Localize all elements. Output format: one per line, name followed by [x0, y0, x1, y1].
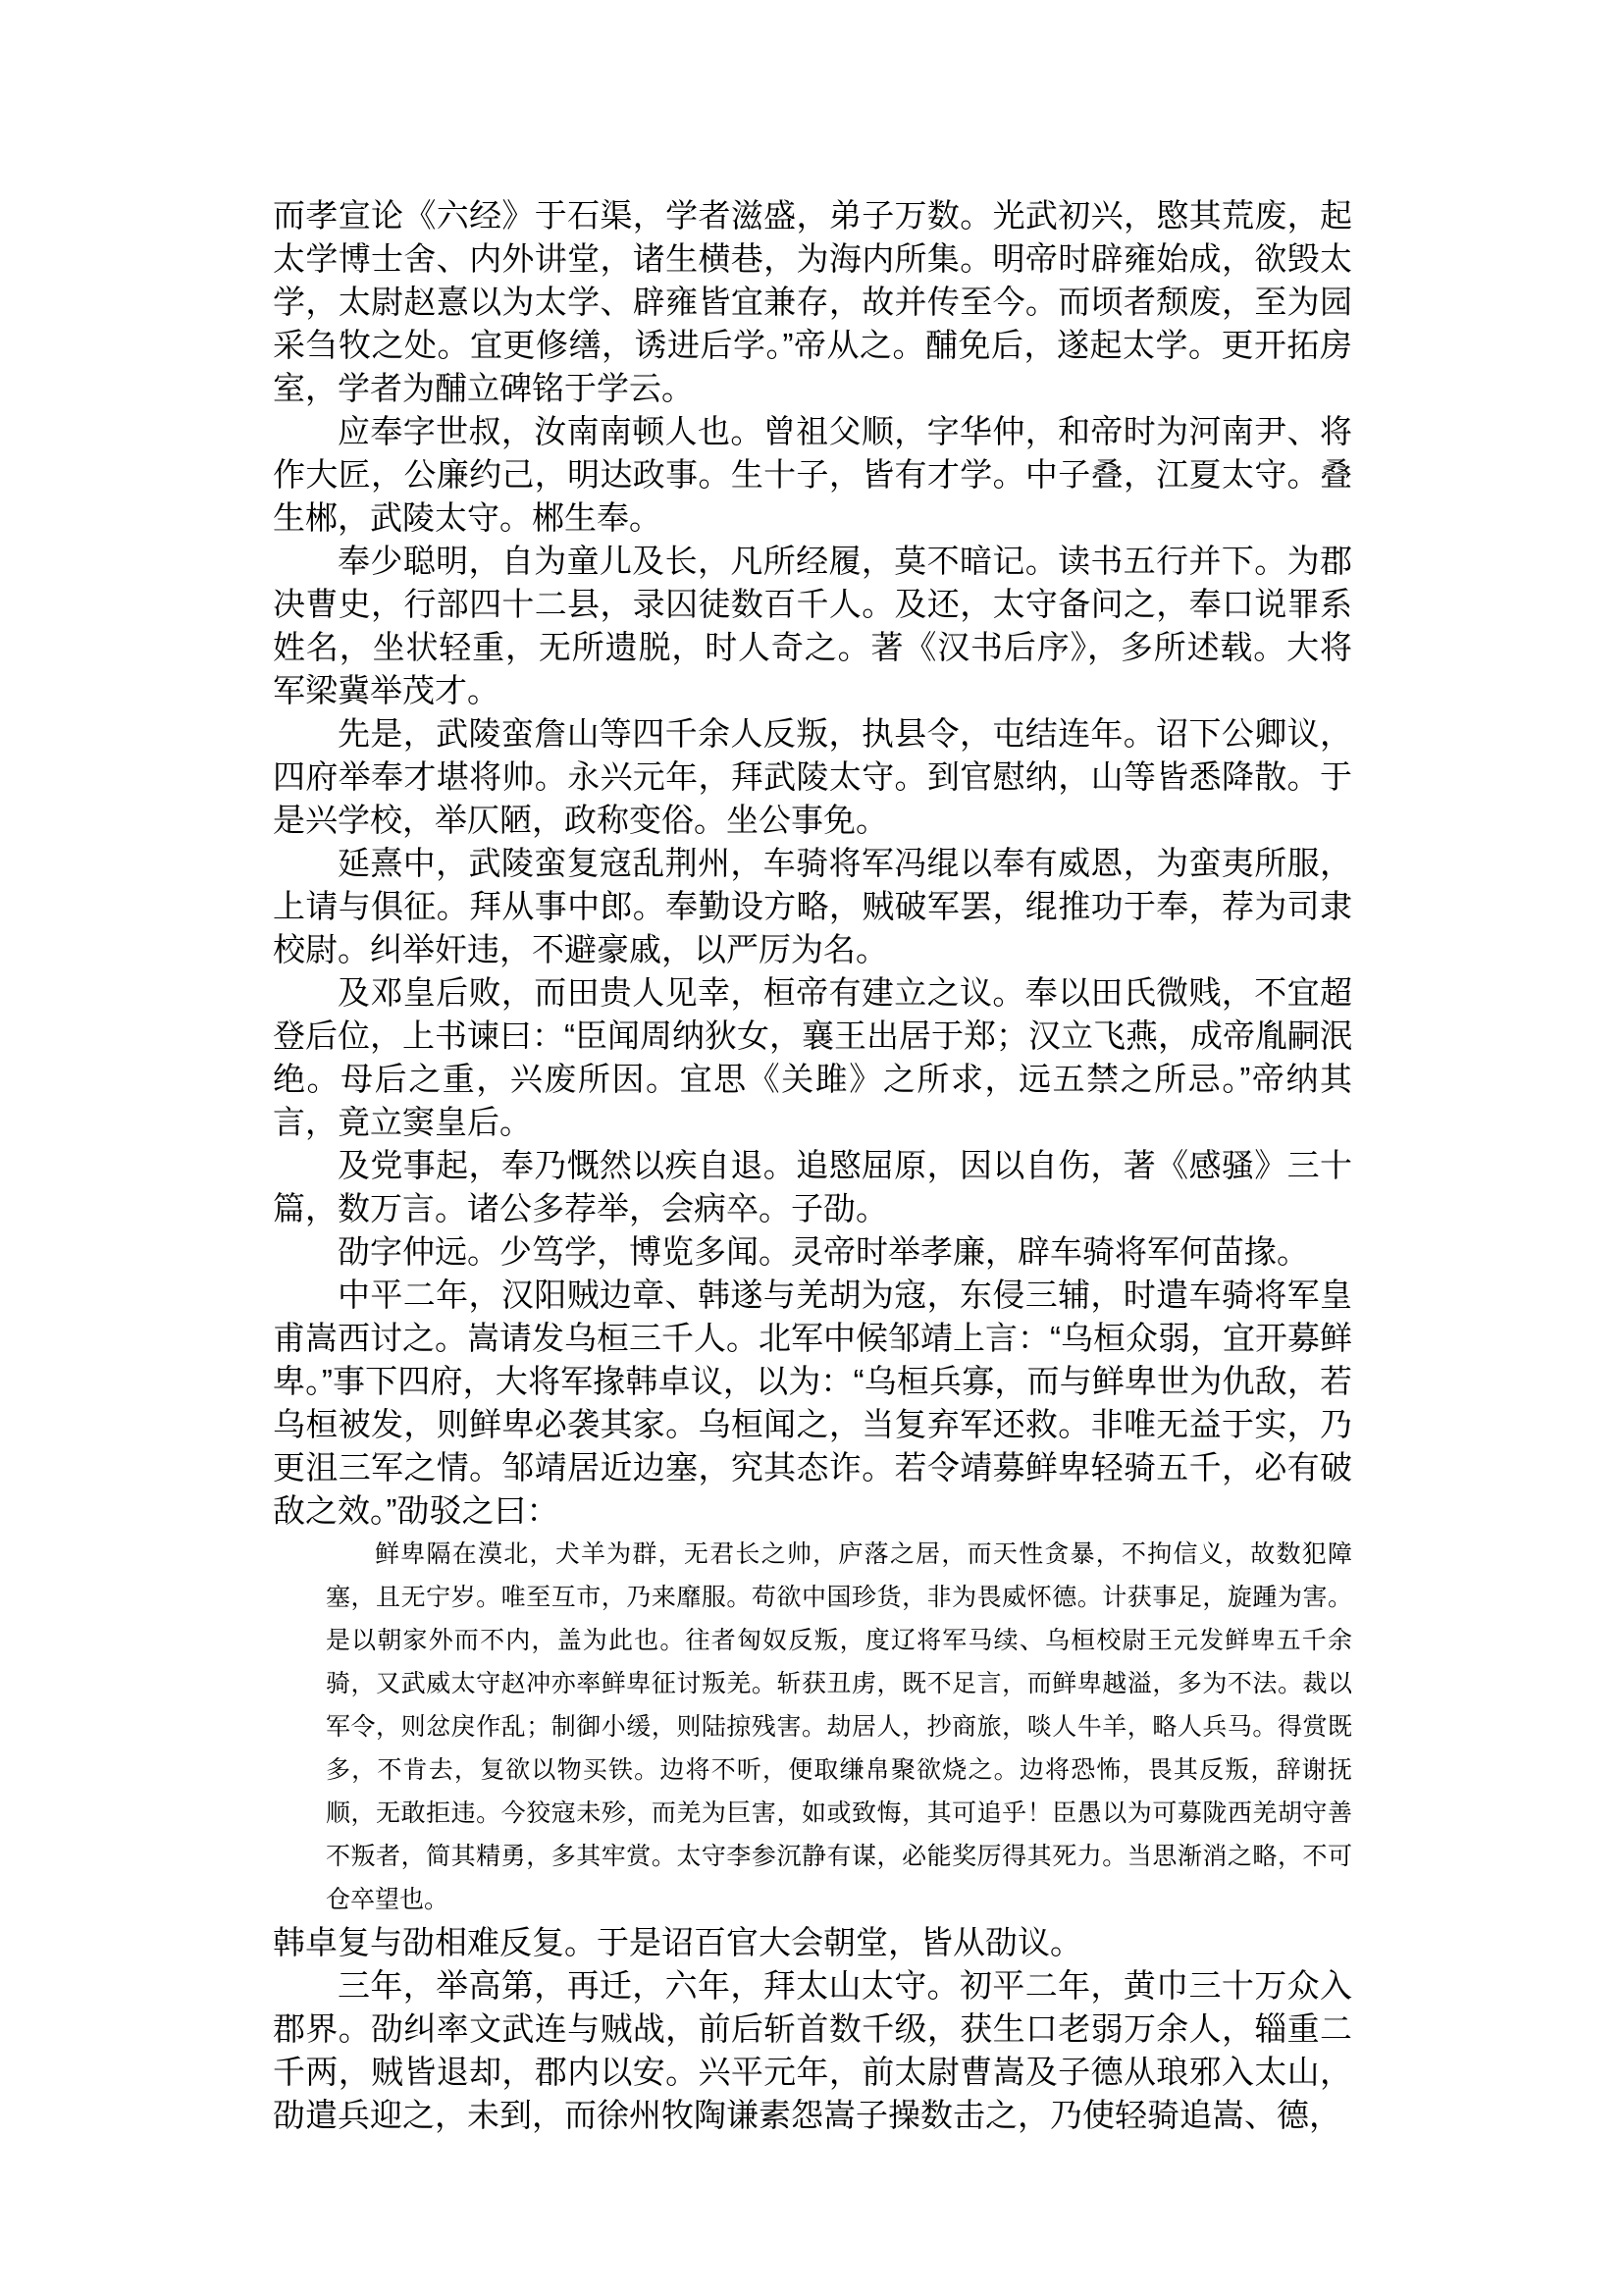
paragraph: 应奉字世叔，汝南南顿人也。曾祖父顺，字华仲，和帝时为河南尹、将作大匠，公廉约己，…: [273, 410, 1352, 540]
paragraph: 及邓皇后败，而田贵人见幸，桓帝有建立之议。奉以田氏微贱，不宜超登后位，上书谏曰：…: [273, 971, 1352, 1144]
paragraph-after-quote: 韩卓复与劭相难反复。于是诏百官大会朝堂，皆从劭议。: [273, 1921, 1352, 1964]
paragraph-continuation: 而孝宣论《六经》于石渠，学者滋盛，弟子万数。光武初兴，愍其荒废，起太学博士舍、内…: [273, 194, 1352, 410]
paragraph: 中平二年，汉阳贼边章、韩遂与羌胡为寇，东侵三辅，时遣车骑将军皇甫嵩西讨之。嵩请发…: [273, 1274, 1352, 1533]
paragraph: 三年，举高第，再迁，六年，拜太山太守。初平二年，黄巾三十万众入郡界。劭纠率文武连…: [273, 1964, 1352, 2137]
paragraph: 延熹中，武陵蛮复寇乱荆州，车骑将军冯绲以奉有威恩，为蛮夷所服，上请与俱征。拜从事…: [273, 842, 1352, 971]
block-quote: 鲜卑隔在漠北，犬羊为群，无君长之帅，庐落之居，而天性贪暴，不拘信义，故数犯障塞，…: [326, 1533, 1352, 1921]
paragraph: 先是，武陵蛮詹山等四千余人反叛，执县令，屯结连年。诏下公卿议，四府举奉才堪将帅。…: [273, 712, 1352, 842]
paragraph: 奉少聪明，自为童儿及长，凡所经履，莫不暗记。读书五行并下。为郡决曹史，行部四十二…: [273, 540, 1352, 712]
document-page: 而孝宣论《六经》于石渠，学者滋盛，弟子万数。光武初兴，愍其荒废，起太学博士舍、内…: [0, 0, 1624, 2294]
paragraph: 劭字仲远。少笃学，博览多闻。灵帝时举孝廉，辟车骑将军何苗掾。: [273, 1230, 1352, 1274]
text-body: 而孝宣论《六经》于石渠，学者滋盛，弟子万数。光武初兴，愍其荒废，起太学博士舍、内…: [273, 194, 1352, 2137]
paragraph: 及党事起，奉乃慨然以疾自退。追愍屈原，因以自伤，著《感骚》三十篇，数万言。诸公多…: [273, 1144, 1352, 1230]
